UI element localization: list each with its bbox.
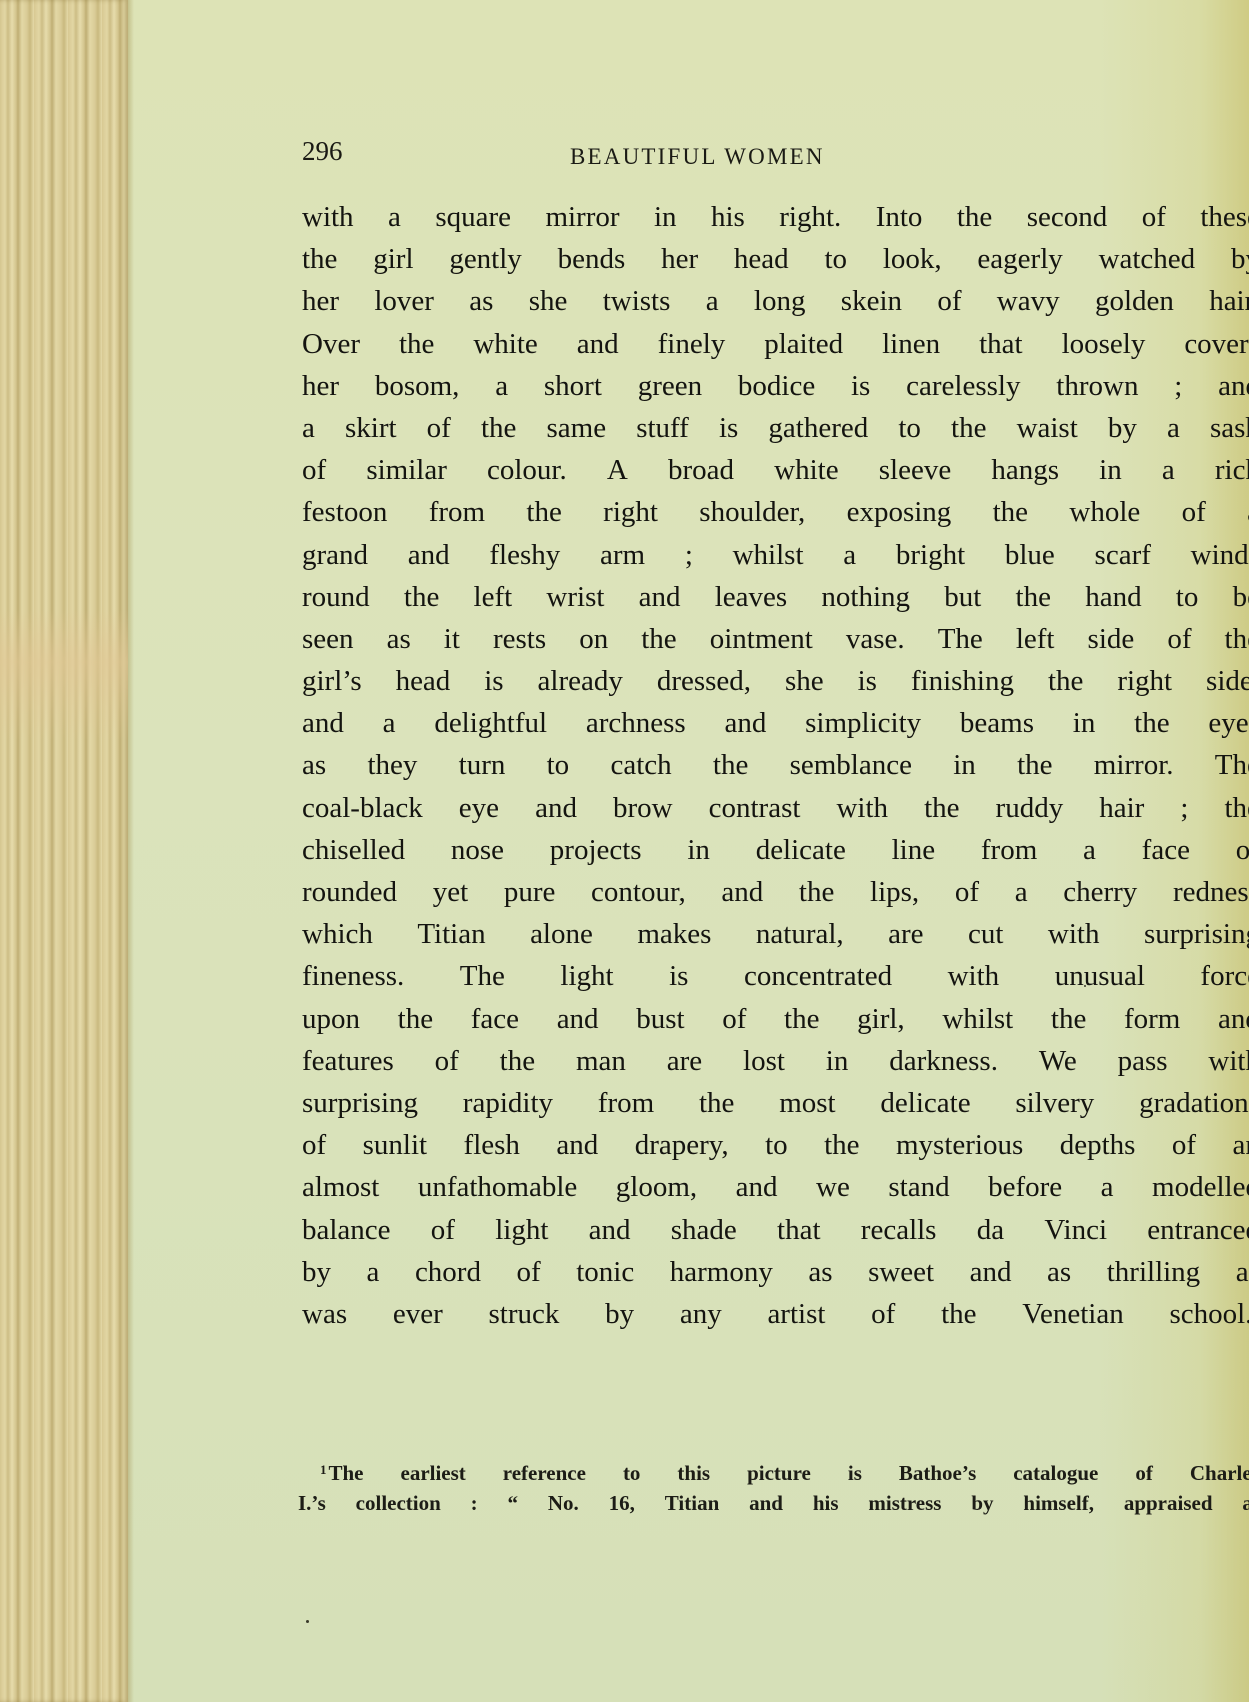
word: of: [722, 998, 746, 1040]
word: an: [1233, 1124, 1249, 1166]
word: shade: [671, 1209, 737, 1251]
word: a: [1083, 829, 1096, 871]
word: rounded: [302, 871, 397, 913]
word: redness: [1173, 871, 1249, 913]
word: finely: [658, 323, 726, 365]
footnote-marker: 1: [320, 1462, 327, 1477]
word: the: [1016, 576, 1051, 618]
word: reference: [503, 1458, 586, 1488]
word: the: [1051, 998, 1086, 1040]
word: before: [988, 1166, 1062, 1208]
word: face: [471, 998, 519, 1040]
word: ever: [393, 1293, 443, 1335]
word: natural,: [756, 913, 844, 955]
word: collection: [356, 1488, 441, 1518]
word: winds: [1191, 534, 1249, 576]
word: wavy: [997, 280, 1060, 322]
word: bends: [558, 238, 626, 280]
word: look,: [883, 238, 942, 280]
word: himself,: [1023, 1488, 1094, 1518]
word: girl,: [857, 998, 905, 1040]
word: whilst: [942, 998, 1013, 1040]
word: right: [603, 491, 658, 533]
word: eagerly: [977, 238, 1062, 280]
word: similar: [366, 449, 447, 491]
body-line: ofsunlitfleshanddrapery,tothemysteriousd…: [302, 1124, 1249, 1166]
word: her: [302, 280, 339, 322]
word: as: [808, 1251, 832, 1293]
word: the: [1225, 618, 1249, 660]
word: same: [546, 407, 606, 449]
word: seen: [302, 618, 354, 660]
word: of: [435, 1040, 459, 1082]
word: force: [1200, 955, 1249, 997]
body-line: Overthewhiteandfinelyplaitedlinenthatloo…: [302, 323, 1249, 365]
footnote-line: I.’scollection:“No.16,Titianandhismistre…: [298, 1488, 1249, 1518]
word: whole: [1069, 491, 1140, 533]
word: and: [408, 534, 450, 576]
paper-speck: [1084, 985, 1086, 987]
word: bust: [636, 998, 684, 1040]
body-line: ofsimilarcolour.Abroadwhitesleevehangsin…: [302, 449, 1249, 491]
word: the: [1048, 660, 1083, 702]
word: of: [302, 449, 326, 491]
word: Titian: [417, 913, 485, 955]
word: his: [813, 1488, 839, 1518]
word: twists: [603, 280, 671, 322]
word: cherry: [1063, 871, 1137, 913]
word: and: [556, 1124, 598, 1166]
word: at: [1242, 1488, 1249, 1518]
body-line: andadelightfularchnessandsimplicitybeams…: [302, 702, 1249, 744]
word: in: [654, 196, 677, 238]
word: Venetian: [1022, 1293, 1123, 1335]
word: to: [623, 1458, 641, 1488]
word: she: [529, 280, 568, 322]
word: any: [680, 1293, 722, 1335]
word: was: [302, 1293, 347, 1335]
word: his: [711, 196, 745, 238]
word: the: [526, 491, 561, 533]
body-line: askirtofthesamestuffisgatheredtothewaist…: [302, 407, 1249, 449]
word: left: [1016, 618, 1055, 660]
word: loosely: [1062, 323, 1146, 365]
word: fleshy: [489, 534, 560, 576]
word: and: [639, 576, 681, 618]
body-line: featuresofthemanarelostindarkness.Wepass…: [302, 1040, 1249, 1082]
word: The: [460, 955, 505, 997]
footnote: 1TheearliestreferencetothispictureisBath…: [298, 1458, 1249, 1518]
word: as: [387, 618, 411, 660]
body-line: balanceoflightandshadethatrecallsdaVinci…: [302, 1209, 1249, 1251]
word: be: [1233, 576, 1249, 618]
word: the: [641, 618, 676, 660]
word: of: [1172, 1124, 1196, 1166]
page-number: 296: [302, 136, 343, 167]
word: blue: [1005, 534, 1055, 576]
word: in: [1073, 702, 1096, 744]
word: pure: [504, 871, 556, 913]
word: a: [1101, 1166, 1114, 1208]
word: pass: [1118, 1040, 1168, 1082]
word: to: [547, 744, 570, 786]
word: exposing: [847, 491, 952, 533]
word: earliest: [401, 1458, 466, 1488]
word: by: [971, 1488, 993, 1518]
page-edge-stain: [0, 610, 128, 740]
body-line: coal-blackeyeandbrowcontrastwiththeruddy…: [302, 787, 1249, 829]
word: beams: [960, 702, 1034, 744]
word: artist: [767, 1293, 825, 1335]
word: A: [607, 449, 628, 491]
word: golden: [1095, 280, 1174, 322]
word: delicate: [756, 829, 846, 871]
word: mirror: [545, 196, 619, 238]
word: of: [431, 1209, 455, 1251]
word: gloom,: [616, 1166, 697, 1208]
word: yet: [433, 871, 468, 913]
word: the: [993, 491, 1028, 533]
body-line: grandandfleshyarm;whilstabrightbluescarf…: [302, 534, 1249, 576]
word: chord: [415, 1251, 481, 1293]
word: We: [1039, 1040, 1077, 1082]
word: Titian: [665, 1488, 719, 1518]
word: in: [687, 829, 710, 871]
word: gathered: [768, 407, 868, 449]
word: they: [367, 744, 417, 786]
body-line: astheyturntocatchthesemblanceinthemirror…: [302, 744, 1249, 786]
word: and: [736, 1166, 778, 1208]
word: cut: [968, 913, 1003, 955]
word: tonic: [576, 1251, 634, 1293]
word: is: [669, 955, 688, 997]
word: line: [892, 829, 936, 871]
word: fineness.: [302, 955, 404, 997]
word: :: [471, 1488, 478, 1518]
word: side,: [1206, 660, 1249, 702]
word: bright: [896, 534, 965, 576]
word: are: [888, 913, 923, 955]
word: nose: [451, 829, 504, 871]
word: light: [495, 1209, 548, 1251]
word: of: [427, 407, 451, 449]
word: catalogue: [1013, 1458, 1098, 1488]
word: brow: [613, 787, 673, 829]
word: nothing: [821, 576, 910, 618]
word: surprising: [302, 1082, 418, 1124]
word: grand: [302, 534, 368, 576]
word: of: [1236, 829, 1249, 871]
word: Over: [302, 323, 360, 365]
word: turn: [459, 744, 506, 786]
word: as: [1047, 1251, 1071, 1293]
word: head: [396, 660, 451, 702]
word: ;: [1180, 787, 1188, 829]
word: short: [544, 365, 602, 407]
word: of: [1182, 491, 1206, 533]
word: from: [981, 829, 1037, 871]
word: wrist: [546, 576, 604, 618]
word: ;: [1174, 365, 1182, 407]
word: sweet: [868, 1251, 934, 1293]
word: and: [721, 871, 763, 913]
body-line: seenasitrestsontheointmentvase.Theleftsi…: [302, 618, 1249, 660]
word: skein: [841, 280, 902, 322]
word: features: [302, 1040, 394, 1082]
word: a: [843, 534, 856, 576]
word: mistress: [868, 1488, 941, 1518]
word: 1The: [320, 1458, 364, 1488]
word: that: [979, 323, 1023, 365]
word: her: [661, 238, 698, 280]
word: The: [1215, 744, 1249, 786]
word: ruddy: [996, 787, 1064, 829]
word: a: [388, 196, 401, 238]
word: to: [898, 407, 921, 449]
word: a: [1162, 449, 1175, 491]
word: eyes: [1208, 702, 1249, 744]
word: harmony: [670, 1251, 773, 1293]
body-line: herloverasshetwistsalongskeinofwavygolde…: [302, 280, 1249, 322]
word: with: [1048, 913, 1100, 955]
word: these: [1200, 196, 1249, 238]
word: archness: [586, 702, 686, 744]
word: lost: [743, 1040, 785, 1082]
word: school.1: [1169, 1293, 1249, 1335]
word: rich: [1215, 449, 1249, 491]
word: the: [799, 871, 834, 913]
word: of: [871, 1293, 895, 1335]
word: second: [1027, 196, 1108, 238]
word: the: [1134, 702, 1169, 744]
word: makes: [637, 913, 711, 955]
word: a: [1167, 407, 1180, 449]
body-line: fineness.Thelightisconcentratedwithunusu…: [302, 955, 1249, 997]
word: with: [302, 196, 354, 238]
body-line: almostunfathomablegloom,andwestandbefore…: [302, 1166, 1249, 1208]
word: modelled: [1152, 1166, 1249, 1208]
body-text: withasquaremirrorinhisright.Intothesecon…: [302, 196, 1249, 1335]
word: skirt: [345, 407, 397, 449]
word: silvery: [1015, 1082, 1094, 1124]
word: of: [1142, 196, 1166, 238]
word: and: [1218, 998, 1249, 1040]
book-page-edges: [0, 0, 128, 1702]
word: flesh: [464, 1124, 520, 1166]
word: round: [302, 576, 370, 618]
word: delicate: [880, 1082, 970, 1124]
body-line: uponthefaceandbustofthegirl,whilstthefor…: [302, 998, 1249, 1040]
body-line: withasquaremirrorinhisright.Intothesecon…: [302, 196, 1249, 238]
word: with: [836, 787, 888, 829]
word: the: [404, 576, 439, 618]
word: sash: [1210, 407, 1249, 449]
word: as: [302, 744, 326, 786]
word: darkness.: [889, 1040, 998, 1082]
word: I.’s: [298, 1488, 326, 1518]
footnote-line: 1TheearliestreferencetothispictureisBath…: [298, 1458, 1249, 1488]
word: bodice: [738, 365, 815, 407]
word: linen: [882, 323, 940, 365]
word: appraised: [1124, 1488, 1213, 1518]
word: as: [1236, 1251, 1249, 1293]
word: the: [941, 1293, 976, 1335]
word: in: [953, 744, 976, 786]
word: drapery,: [635, 1124, 729, 1166]
word: as: [469, 280, 493, 322]
word: and: [749, 1488, 783, 1518]
word: the: [699, 1082, 734, 1124]
word: alone: [530, 913, 593, 955]
word: by: [1108, 407, 1137, 449]
word: whilst: [733, 534, 804, 576]
word: with: [948, 955, 1000, 997]
word: entranced: [1147, 1209, 1249, 1251]
word: of: [1135, 1458, 1153, 1488]
word: in: [826, 1040, 849, 1082]
word: recalls: [861, 1209, 937, 1251]
body-line: roundtheleftwristandleavesnothingbuttheh…: [302, 576, 1249, 618]
word: her: [302, 365, 339, 407]
word: and: [535, 787, 577, 829]
word: and: [724, 702, 766, 744]
word: and: [589, 1209, 631, 1251]
word: projects: [550, 829, 642, 871]
running-title: BEAUTIFUL WOMEN: [570, 144, 825, 170]
word: square: [435, 196, 511, 238]
word: mysterious: [896, 1124, 1023, 1166]
word: the: [924, 787, 959, 829]
word: hair: [1099, 787, 1144, 829]
word: ;: [685, 534, 693, 576]
word: hangs: [991, 449, 1059, 491]
word: face: [1142, 829, 1190, 871]
word: finishing: [911, 660, 1014, 702]
word: and: [302, 702, 344, 744]
word: the: [500, 1040, 535, 1082]
word: mirror.: [1094, 744, 1174, 786]
word: of: [517, 1251, 541, 1293]
word: are: [667, 1040, 702, 1082]
word: balance: [302, 1209, 391, 1251]
word: watched: [1099, 238, 1196, 280]
word: broad: [668, 449, 734, 491]
word: plaited: [764, 323, 843, 365]
word: right.: [779, 196, 841, 238]
word: eye: [459, 787, 499, 829]
word: side: [1088, 618, 1135, 660]
body-line: chisellednoseprojectsindelicatelinefroma…: [302, 829, 1249, 871]
word: that: [777, 1209, 821, 1251]
word: the: [784, 998, 819, 1040]
word: hand: [1085, 576, 1141, 618]
word: unusual: [1055, 955, 1145, 997]
word: this: [677, 1458, 710, 1488]
word: stuff: [636, 407, 689, 449]
word: thrown: [1056, 365, 1138, 407]
word: lips,: [870, 871, 919, 913]
word: on: [579, 618, 608, 660]
body-line: whichTitianalonemakesnatural,arecutwiths…: [302, 913, 1249, 955]
word: and: [557, 998, 599, 1040]
word: picture: [747, 1458, 811, 1488]
word: white: [774, 449, 838, 491]
word: delightful: [434, 702, 547, 744]
word: a: [302, 407, 315, 449]
word: semblance: [790, 744, 912, 786]
word: is: [484, 660, 503, 702]
word: to: [824, 238, 847, 280]
word: the: [481, 407, 516, 449]
word: leaves: [715, 576, 787, 618]
word: is: [848, 1458, 862, 1488]
word: form: [1124, 998, 1180, 1040]
word: the: [951, 407, 986, 449]
word: of: [955, 871, 979, 913]
word: left: [474, 576, 513, 618]
word: covers: [1184, 323, 1249, 365]
word: arm: [600, 534, 645, 576]
word: head: [734, 238, 789, 280]
word: and: [577, 323, 619, 365]
word: the: [957, 196, 992, 238]
word: by: [302, 1251, 331, 1293]
word: the: [824, 1124, 859, 1166]
word: the: [1224, 787, 1249, 829]
word: sunlit: [363, 1124, 427, 1166]
word: vase.: [846, 618, 905, 660]
word: catch: [610, 744, 671, 786]
word: the: [713, 744, 748, 786]
word: thrilling: [1107, 1251, 1200, 1293]
word: the: [399, 323, 434, 365]
word: long: [754, 280, 806, 322]
word: shoulder,: [699, 491, 805, 533]
word: rapidity: [463, 1082, 553, 1124]
word: in: [1099, 449, 1122, 491]
word: depths: [1060, 1124, 1136, 1166]
word: contour,: [591, 871, 686, 913]
word: ointment: [710, 618, 813, 660]
word: a: [383, 702, 396, 744]
word: gradations: [1139, 1082, 1249, 1124]
word: Charles: [1190, 1458, 1249, 1488]
body-line: waseverstruckbyanyartistoftheVenetiansch…: [302, 1293, 1249, 1335]
word: by: [1231, 238, 1249, 280]
word: carelessly: [906, 365, 1020, 407]
word: from: [598, 1082, 654, 1124]
word: chiselled: [302, 829, 405, 871]
word: white: [473, 323, 537, 365]
word: surprising: [1144, 913, 1249, 955]
word: the: [1017, 744, 1052, 786]
word: colour.: [487, 449, 567, 491]
word: man: [576, 1040, 626, 1082]
word: and: [970, 1251, 1012, 1293]
running-head: 296 BEAUTIFUL WOMEN: [128, 136, 1249, 176]
word: to: [765, 1124, 788, 1166]
word: of: [302, 1124, 326, 1166]
word: we: [816, 1166, 850, 1208]
paper-speck: [306, 1620, 309, 1623]
book-page: 296 BEAUTIFUL WOMEN withasquaremirrorinh…: [128, 0, 1249, 1702]
body-line: thegirlgentlybendsherheadtolook,eagerlyw…: [302, 238, 1249, 280]
word: girl’s: [302, 660, 362, 702]
word: upon: [302, 998, 360, 1040]
word: girl: [373, 238, 413, 280]
word: Into: [876, 196, 923, 238]
word: simplicity: [805, 702, 921, 744]
